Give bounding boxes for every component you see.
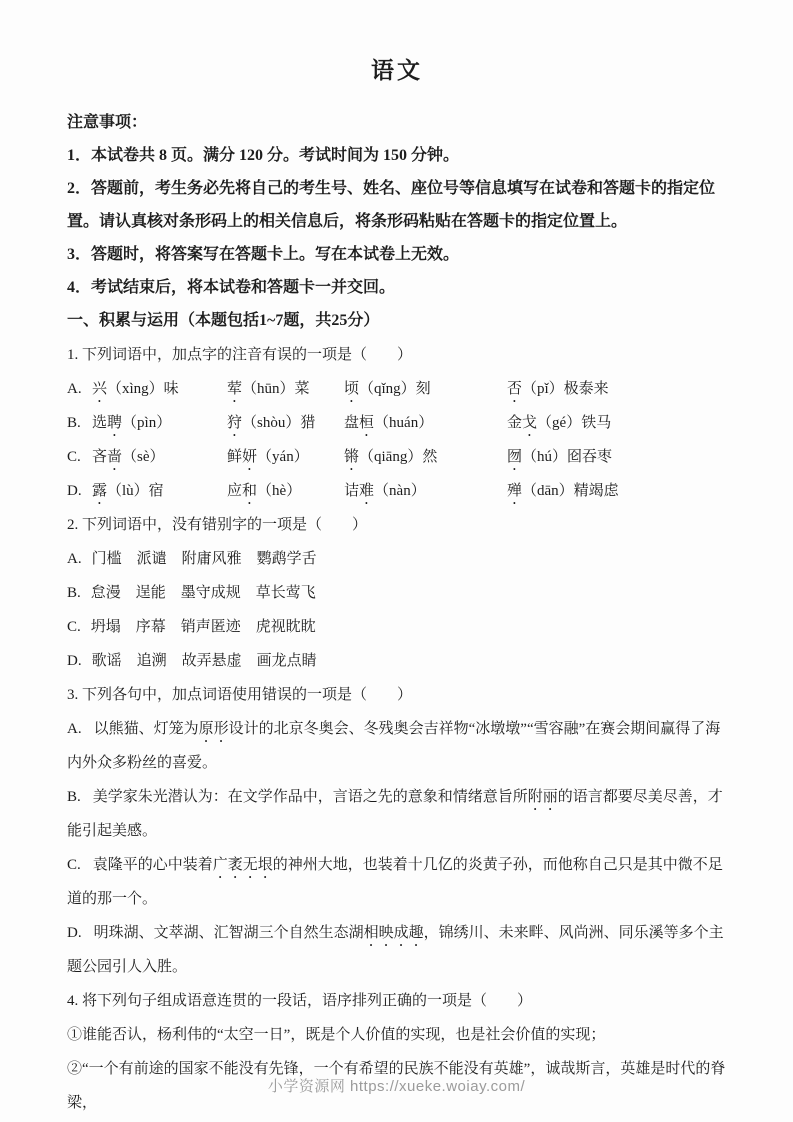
- q3-option-c-label: C.: [67, 848, 81, 882]
- q2-stem: 2. 下列词语中，没有错别字的一项是（ ）: [67, 508, 727, 542]
- q1-option-a-label: A.: [67, 372, 92, 406]
- q1-cell: 囫（hú）囵吞枣: [507, 440, 727, 474]
- q2-option-c-label: C.: [67, 610, 81, 644]
- q3-option-a-label: A.: [67, 712, 82, 746]
- q1-cell: 露（lù）宿: [92, 474, 227, 508]
- question-2: 2. 下列词语中，没有错别字的一项是（ ） A.门槛 派谴 附庸风雅 鹦鹉学舌 …: [67, 508, 727, 678]
- q1-cell: 锵（qiāng）然: [344, 440, 507, 474]
- q1-stem: 1. 下列词语中，加点字的注音有误的一项是（ ）: [67, 338, 727, 372]
- q3-option-a-text: 以熊猫、灯笼为原形设计的北京冬奥会、冬残奥会吉祥物“冰墩墩”“雪容融”在赛会期间…: [67, 721, 720, 771]
- q2-option-a: A.门槛 派谴 附庸风雅 鹦鹉学舌: [67, 542, 727, 576]
- exam-page: 语文 注意事项： 1．本试卷共 8 页。满分 120 分。考试时间为 150 分…: [0, 0, 793, 1122]
- page-title: 语文: [67, 56, 727, 86]
- q1-option-b-label: B.: [67, 406, 92, 440]
- q1-option-row-c: C. 吝啬（sè） 鲜妍（yán） 锵（qiāng）然 囫（hú）囵吞枣: [67, 440, 727, 474]
- page-content: 语文 注意事项： 1．本试卷共 8 页。满分 120 分。考试时间为 150 分…: [0, 0, 793, 1120]
- q2-option-b: B.怠漫 逞能 墨守成规 草长莺飞: [67, 576, 727, 610]
- notice-section: 注意事项： 1．本试卷共 8 页。满分 120 分。考试时间为 150 分钟。 …: [67, 106, 727, 304]
- q2-option-c-text: 坍塌 序幕 销声匿迹 虎视眈眈: [91, 619, 316, 635]
- q2-option-b-text: 怠漫 逞能 墨守成规 草长莺飞: [91, 585, 316, 601]
- q1-cell: 选聘（pìn）: [92, 406, 227, 440]
- q1-cell: 殚（dān）精竭虑: [507, 474, 727, 508]
- notice-item-1: 1．本试卷共 8 页。满分 120 分。考试时间为 150 分钟。: [67, 139, 727, 172]
- q4-stem: 4. 将下列句子组成语意连贯的一段话，语序排列正确的一项是（ ）: [67, 984, 727, 1018]
- q2-option-d-label: D.: [67, 644, 82, 678]
- q1-cell: 否（pǐ）极泰来: [507, 372, 727, 406]
- q3-option-b: B.美学家朱光潜认为：在文学作品中，言语之先的意象和情绪意旨所附丽的语言都要尽美…: [67, 780, 727, 848]
- q2-option-b-label: B.: [67, 576, 81, 610]
- q3-option-a: A.以熊猫、灯笼为原形设计的北京冬奥会、冬残奥会吉祥物“冰墩墩”“雪容融”在赛会…: [67, 712, 727, 780]
- q3-option-b-label: B.: [67, 780, 81, 814]
- q2-option-a-text: 门槛 派谴 附庸风雅 鹦鹉学舌: [92, 551, 317, 567]
- q1-option-d-label: D.: [67, 474, 92, 508]
- notice-heading: 注意事项：: [67, 106, 727, 139]
- q1-cell: 荤（hūn）菜: [227, 372, 344, 406]
- q2-option-d-text: 歌谣 追溯 故弄悬虚 画龙点睛: [92, 653, 317, 669]
- q1-cell: 吝啬（sè）: [92, 440, 227, 474]
- q1-cell: 应和（hè）: [227, 474, 344, 508]
- q3-stem: 3. 下列各句中，加点词语使用错误的一项是（ ）: [67, 678, 727, 712]
- question-3: 3. 下列各句中，加点词语使用错误的一项是（ ） A.以熊猫、灯笼为原形设计的北…: [67, 678, 727, 984]
- q1-cell: 兴（xìng）味: [92, 372, 227, 406]
- q3-option-c: C.袁隆平的心中装着广袤无垠的神州大地，也装着十几亿的炎黄子孙，而他称自己只是其…: [67, 848, 727, 916]
- q3-option-b-text: 美学家朱光潜认为：在文学作品中，言语之先的意象和情绪意旨所附丽的语言都要尽美尽善…: [67, 789, 723, 839]
- q1-option-row-d: D. 露（lù）宿 应和（hè） 诘难（nàn） 殚（dān）精竭虑: [67, 474, 727, 508]
- q1-option-row-a: A. 兴（xìng）味 荤（hūn）菜 顷（qǐng）刻 否（pǐ）极泰来: [67, 372, 727, 406]
- q1-cell: 金戈（gé）铁马: [507, 406, 727, 440]
- q3-option-d-label: D.: [67, 916, 82, 950]
- q3-option-d: D.明珠湖、文萃湖、汇智湖三个自然生态湖相映成趣，锦绣川、未来畔、风尚洲、同乐溪…: [67, 916, 727, 984]
- q1-cell: 盘桓（huán）: [344, 406, 507, 440]
- q4-sentence-1: ①谁能否认，杨利伟的“太空一日”，既是个人价值的实现，也是社会价值的实现；: [67, 1018, 727, 1052]
- notice-item-3: 3．答题时，将答案写在答题卡上。写在本试卷上无效。: [67, 238, 727, 271]
- question-1: 1. 下列词语中，加点字的注音有误的一项是（ ） A. 兴（xìng）味 荤（h…: [67, 338, 727, 508]
- site-watermark: 小学资源网 https://xueke.woiay.com/: [0, 1075, 793, 1096]
- q2-option-a-label: A.: [67, 542, 82, 576]
- q1-cell: 鲜妍（yán）: [227, 440, 344, 474]
- notice-item-2: 2．答题前，考生务必先将自己的考生号、姓名、座位号等信息填写在试卷和答题卡的指定…: [67, 172, 727, 238]
- q1-cell: 顷（qǐng）刻: [344, 372, 507, 406]
- q2-option-c: C.坍塌 序幕 销声匿迹 虎视眈眈: [67, 610, 727, 644]
- q3-option-c-text: 袁隆平的心中装着广袤无垠的神州大地，也装着十几亿的炎黄子孙，而他称自己只是其中微…: [67, 857, 723, 907]
- section-heading: 一、积累与运用（本题包括1~7题，共25分）: [67, 304, 727, 338]
- notice-item-4: 4．考试结束后，将本试卷和答题卡一并交回。: [67, 271, 727, 304]
- q1-option-row-b: B. 选聘（pìn） 狩（shòu）猎 盘桓（huán） 金戈（gé）铁马: [67, 406, 727, 440]
- q3-option-d-text: 明珠湖、文萃湖、汇智湖三个自然生态湖相映成趣，锦绣川、未来畔、风尚洲、同乐溪等多…: [67, 925, 724, 975]
- q1-cell: 诘难（nàn）: [344, 474, 507, 508]
- question-4: 4. 将下列句子组成语意连贯的一段话，语序排列正确的一项是（ ） ①谁能否认，杨…: [67, 984, 727, 1120]
- q2-option-d: D.歌谣 追溯 故弄悬虚 画龙点睛: [67, 644, 727, 678]
- q1-option-c-label: C.: [67, 440, 92, 474]
- q1-cell: 狩（shòu）猎: [227, 406, 344, 440]
